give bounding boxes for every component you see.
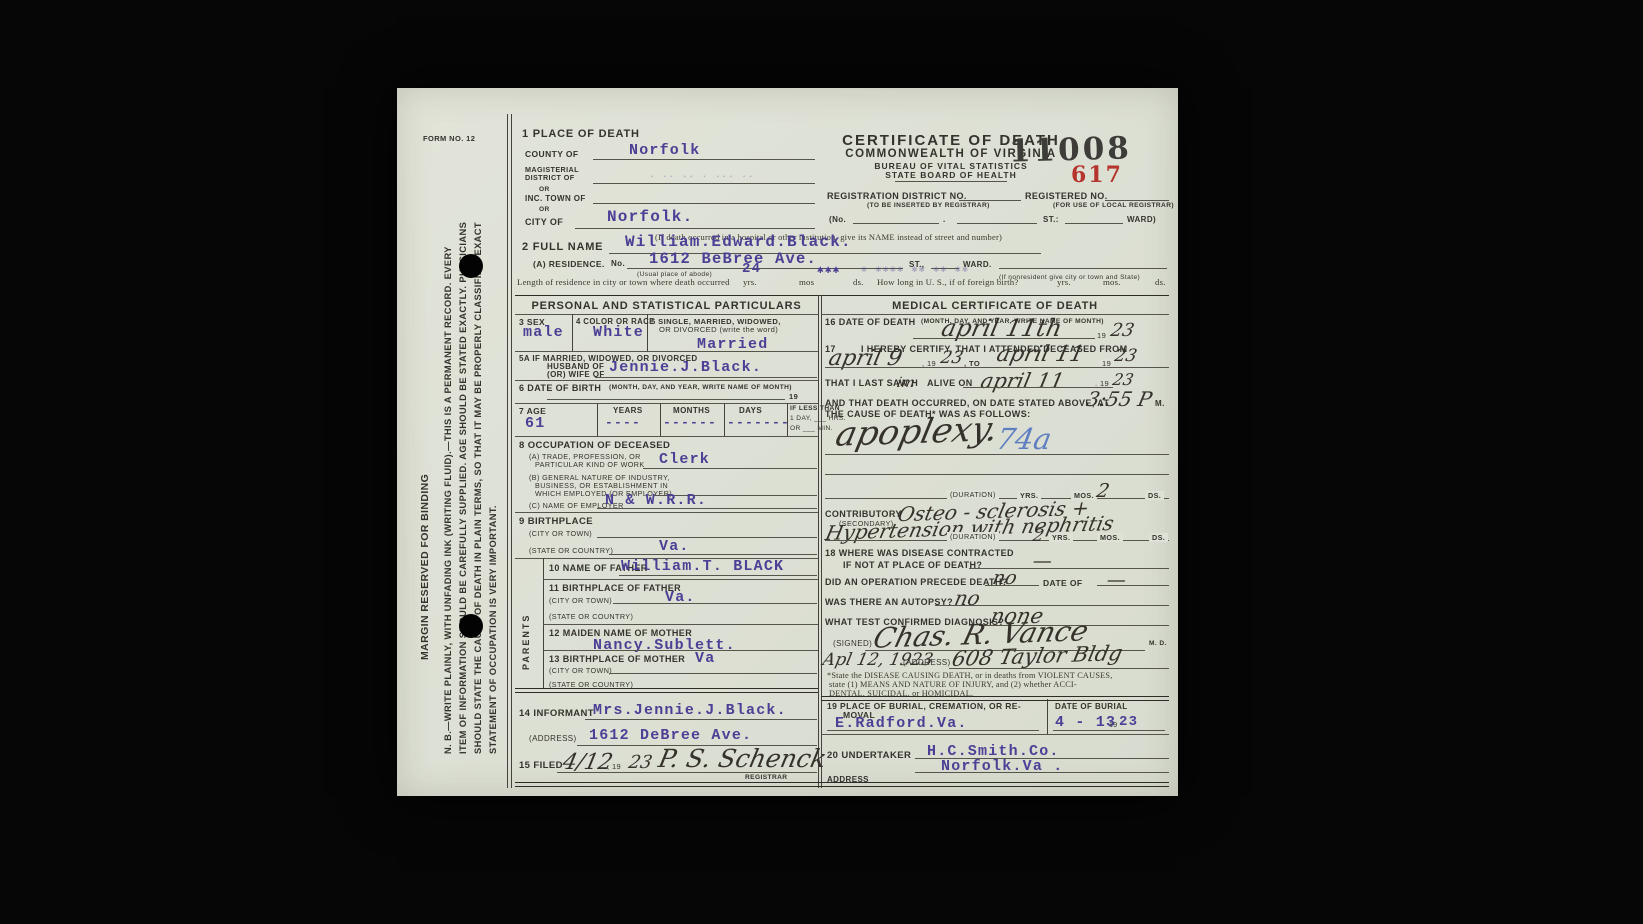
birthplace-city-line	[597, 537, 817, 538]
days-value: -------	[727, 415, 790, 430]
death-occurred-label: AND THAT DEATH OCCURRED, ON DATE STATED …	[825, 398, 1109, 408]
cause-line-2	[825, 474, 1169, 475]
father-birthplace-state-label: (STATE OR COUNTRY)	[549, 612, 633, 621]
informant-label: 14 INFORMANT	[519, 708, 594, 719]
death-certificate: FORM NO. 12 MARGIN RESERVED FOR BINDING …	[397, 88, 1178, 796]
magisterial-stamp-marks: · ·· ·· · ··· ··	[649, 172, 755, 182]
operation-date-of-label: DATE OF	[1043, 578, 1082, 588]
date-of-death-line	[913, 338, 1095, 339]
howlong-us-label: How long in U. S., if of foreign birth?	[877, 277, 1018, 287]
sign-address-handwriting: 608 Taylor Bldg	[950, 641, 1125, 671]
informant-line	[585, 719, 817, 720]
mother-birthplace-label: 13 BIRTHPLACE OF MOTHER	[549, 654, 685, 664]
informant-address-label: (ADDRESS)	[529, 734, 577, 743]
age-years-divider	[597, 403, 598, 436]
or-label-2: OR	[539, 206, 550, 213]
city-value: Norfolk.	[607, 208, 693, 226]
row6-bottom-rule	[515, 403, 818, 404]
burial-date-line	[1053, 730, 1165, 731]
sign-address-label: (ADDRESS)	[903, 658, 951, 667]
county-line	[593, 159, 815, 160]
margin-binding-note: MARGIN RESERVED FOR BINDING	[419, 360, 431, 660]
last-saw-date-handwriting: april 11	[978, 369, 1066, 393]
occupation-a-label-2: PARTICULAR KIND OF WORK	[535, 460, 645, 469]
father-birthplace-line	[613, 603, 817, 604]
magisterial-line	[593, 183, 815, 184]
full-name-value: William.Edward.Black.	[625, 233, 852, 251]
punch-hole-bottom	[459, 614, 483, 638]
birthplace-label: 9 BIRTHPLACE	[519, 516, 593, 527]
months-days-divider	[724, 403, 725, 436]
operation-date-line	[1097, 585, 1169, 586]
undertaker-label: 20 UNDERTAKER	[827, 750, 911, 761]
sex-value: male	[523, 324, 564, 341]
registered-no-line	[1105, 200, 1169, 201]
spouse-line	[595, 377, 817, 378]
length-mos-label: mos	[799, 277, 814, 287]
contributory-mos-label: MOS.	[1097, 533, 1123, 542]
or-label-1: OR	[539, 186, 550, 193]
birthplace-value: Va.	[659, 538, 690, 555]
contributory-ds-label: DS.	[1149, 533, 1168, 542]
time-m-label: M.	[1155, 399, 1165, 408]
column-divider-right	[821, 295, 822, 788]
burial-date-value: 4 - 13	[1055, 714, 1116, 731]
marital-label-2: OR DIVORCED (write the word)	[659, 325, 778, 334]
length-residence-label: Length of residence in city or town wher…	[517, 277, 730, 287]
birthplace-city-label: (CITY OR TOWN)	[529, 529, 592, 538]
dob-19: 19	[789, 392, 798, 401]
to-year-handwriting: 23	[1113, 346, 1139, 366]
filed-19: , 19	[607, 762, 621, 771]
section-top-rule	[515, 295, 1169, 296]
board-line: STATE BOARD OF HEALTH	[805, 170, 1097, 180]
magisterial-label-2: DISTRICT OF	[525, 173, 575, 182]
length-yrs-label: yrs.	[743, 277, 757, 287]
personal-section-header: PERSONAL AND STATISTICAL PARTICULARS	[515, 300, 818, 312]
months-value: ------	[663, 415, 717, 430]
age-value: 61	[525, 415, 545, 432]
race-value: White	[593, 324, 644, 341]
punch-hole-top	[459, 254, 483, 278]
row7-bottom-rule	[515, 436, 818, 437]
years-months-divider	[660, 403, 661, 436]
street-no-label: (No.	[829, 215, 846, 224]
scan-background: FORM NO. 12 MARGIN RESERVED FOR BINDING …	[0, 0, 1643, 924]
footnote-line-2: state (1) MEANS AND NATURE OF INJURY, an…	[829, 680, 1077, 689]
binding-rule-outer	[507, 114, 508, 788]
street-st-line	[1065, 223, 1123, 224]
burial-date-divider	[1047, 699, 1048, 734]
section-place-of-death: 1 PLACE OF DEATH	[522, 128, 640, 140]
howlong-yrs-label: yrs.	[1057, 277, 1071, 287]
registered-no-label: REGISTERED NO.	[1025, 191, 1108, 201]
mother-birthplace-value: Va	[695, 650, 715, 667]
inc-town-line	[593, 203, 815, 204]
registration-district-label: REGISTRATION DISTRICT NO.	[827, 191, 967, 201]
parents-bottom-double-rule	[515, 688, 818, 693]
autopsy-line	[935, 605, 1169, 606]
years-label: YEARS	[613, 406, 643, 415]
contributory-duration-label: (DURATION)	[947, 532, 999, 541]
howlong-mos-label: mos.	[1103, 277, 1121, 287]
years-value: ----	[605, 415, 641, 430]
medical-section-header: MEDICAL CERTIFICATE OF DEATH	[821, 300, 1169, 312]
occupation-label: 8 OCCUPATION OF DECEASED	[519, 440, 670, 451]
city-label: CITY OF	[525, 217, 563, 227]
dob-label: 6 DATE OF BIRTH	[519, 383, 601, 393]
years-at-residence-value: 24	[742, 261, 761, 277]
informant-address-value: 1612 DeBree Ave.	[589, 727, 752, 744]
length-ds-label: ds.	[853, 277, 864, 287]
cause-line-1	[825, 454, 1169, 455]
mother-birthplace-city-label: (CITY OR TOWN)	[549, 666, 612, 675]
row10-bottom-rule	[543, 579, 818, 580]
burial-year-value: 23	[1119, 714, 1138, 730]
occupation-value: Clerk	[659, 451, 710, 468]
disease-contracted-label-2: IF NOT AT PLACE OF DEATH?	[843, 560, 982, 570]
burial-bottom-rule	[821, 734, 1169, 735]
burial-place-line	[827, 730, 1039, 731]
registration-district-note: (TO BE INSERTED BY REGISTRAR)	[867, 202, 990, 209]
cause-duration-ds-label: DS.	[1145, 491, 1164, 500]
autopsy-value-handwriting: no	[952, 586, 982, 610]
birthplace-state-label: (STATE OR COUNTRY)	[529, 546, 613, 555]
father-birthplace-city-label: (CITY OR TOWN)	[549, 596, 612, 605]
days-label: DAYS	[739, 406, 762, 415]
registered-no-note: (FOR USE OF LOCAL REGISTRAR)	[1053, 202, 1174, 209]
binding-rule-inner	[511, 114, 512, 788]
inc-town-label: INC. TOWN OF	[525, 194, 586, 203]
county-label: COUNTY OF	[525, 149, 579, 159]
dod-19: 19	[1097, 331, 1106, 340]
margin-nb-line2: ITEM OF INFORMATION SHOULD BE CAREFULLY …	[458, 194, 468, 754]
father-birthplace-label: 11 BIRTHPLACE OF FATHER	[549, 583, 681, 593]
operation-date-value-handwriting: —	[1105, 569, 1129, 591]
burial-date-label: DATE OF BURIAL	[1055, 702, 1128, 711]
burial-19: 19	[1109, 722, 1118, 729]
dob-note: (MONTH, DAY, AND YEAR, WRITE NAME OF MON…	[609, 384, 792, 391]
street-dot: .	[943, 215, 946, 224]
signed-label: (SIGNED)	[833, 639, 872, 648]
residence-ward-line	[999, 268, 1167, 269]
row12-bottom-rule	[543, 650, 818, 651]
howlong-ds-label: ds.	[1155, 277, 1166, 287]
him-handwriting: im	[895, 375, 916, 391]
birthplace-state-line	[609, 554, 817, 555]
street-st-label: ST.:	[1043, 215, 1059, 224]
cause-code-blue-pencil: 74a	[994, 422, 1054, 456]
months-label: MONTHS	[673, 406, 710, 415]
residence-faint-stars: ✱ ✱✱✱✱ ✱✱ ✱✱ ✱✱	[861, 264, 969, 276]
undertaker-address-label: ADDRESS	[827, 775, 869, 784]
street-ward-label: WARD)	[1127, 215, 1156, 224]
cause-duration-label: (DURATION)	[947, 490, 999, 499]
row5a-bottom-rule	[515, 380, 818, 381]
street-mid-line	[957, 223, 1037, 224]
undertaker-city-line	[915, 772, 1169, 773]
county-value: Norfolk	[629, 142, 700, 159]
local-registrar-number-stamp: 617	[1071, 162, 1123, 188]
dod-year-handwriting: 23	[1109, 320, 1136, 341]
registrar-signature: P. S. Schenck	[656, 744, 829, 773]
contributory-label: CONTRIBUTORY	[825, 509, 902, 519]
margin-nb-line4: STATEMENT OF OCCUPATION IS VERY IMPORTAN…	[488, 194, 498, 754]
informant-value: Mrs.Jennie.J.Black.	[593, 702, 787, 719]
mother-birthplace-line	[609, 673, 817, 674]
footnote-line-1: *State the DISEASE CAUSING DEATH, or in …	[827, 671, 1113, 680]
residence-label: (A) RESIDENCE.	[533, 259, 605, 269]
operation-line	[985, 585, 1039, 586]
father-name-line	[619, 575, 817, 576]
occupation-a-line	[643, 468, 817, 469]
filed-label: 15 FILED	[519, 760, 563, 771]
row8-bottom-rule	[515, 512, 818, 513]
section-full-name: 2 FULL NAME	[522, 241, 603, 253]
spouse-value: Jennie.J.Black.	[609, 359, 762, 376]
disease-contracted-label-1: 18 WHERE WAS DISEASE CONTRACTED	[825, 548, 1014, 558]
date-of-death-label: 16 DATE OF DEATH	[825, 317, 916, 327]
employer-value: N & W.R.R.	[605, 492, 707, 509]
personal-header-rule	[515, 314, 818, 315]
time-of-death-handwriting: 3:55 P	[1084, 387, 1154, 411]
parents-bracket-line	[543, 558, 544, 688]
column-divider-left	[818, 295, 819, 788]
row11-bottom-rule	[543, 624, 818, 625]
board-underline	[895, 181, 1007, 182]
margin-nb-line1: N. B.—WRITE PLAINLY, WITH UNFADING INK (…	[443, 194, 453, 754]
autopsy-label: WAS THERE AN AUTOPSY?	[825, 597, 953, 607]
filed-line	[557, 772, 817, 773]
sex-race-cell-divider	[572, 314, 573, 351]
sign-address-line	[949, 668, 1169, 669]
ifless-label-3: OR ___ MIN.	[790, 425, 833, 432]
registration-district-line	[959, 200, 1021, 201]
residence-street-value: 1612 BeBree Ave.	[649, 250, 817, 268]
cause-of-death-handwriting: apoplexy.	[832, 409, 1002, 455]
filed-year-handwriting: 23	[627, 752, 654, 773]
row5-bottom-rule	[515, 351, 818, 352]
parents-label: PARENTS	[521, 578, 531, 670]
margin-nb-line3: SHOULD STATE THE CAUSE OF DEATH IN PLAIN…	[473, 194, 483, 754]
city-line	[575, 228, 815, 229]
father-name-value: William.T. BLACK	[621, 558, 784, 575]
residence-stars: ✱✱✱	[817, 263, 840, 277]
street-no-line	[853, 223, 939, 224]
form-number: FORM NO. 12	[423, 134, 475, 143]
registrar-label: REGISTRAR	[745, 774, 787, 781]
attended-to-handwriting: april 11	[994, 342, 1086, 367]
residence-no-label: No.	[611, 259, 625, 268]
md-label: M. D.	[1149, 640, 1167, 647]
contributory-yrs-label: YRS.	[1049, 533, 1073, 542]
attended-line	[825, 367, 1169, 368]
dob-line	[547, 399, 785, 400]
employer-line	[597, 508, 817, 509]
